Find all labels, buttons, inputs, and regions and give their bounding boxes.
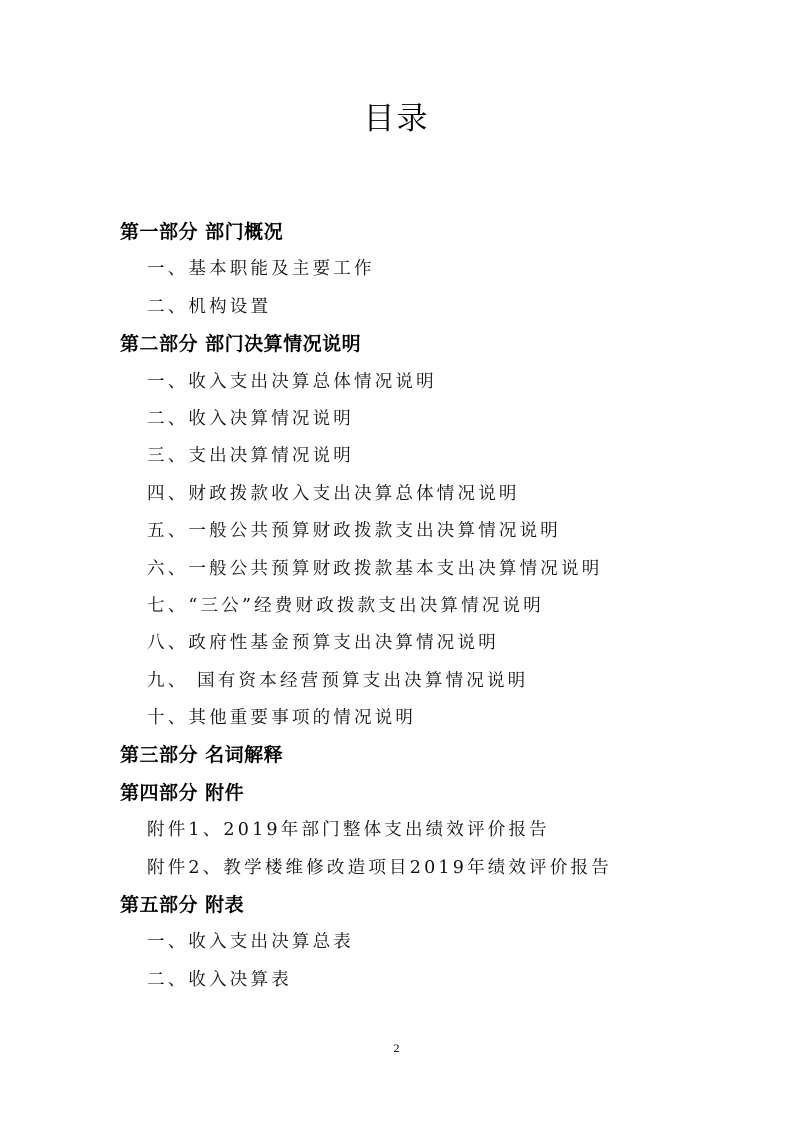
toc-entry: 二、机构设置 (120, 289, 740, 326)
toc-entry: 二、收入决算表 (120, 962, 740, 999)
toc-part-heading: 第一部分 部门概况 (120, 214, 740, 251)
toc-entry: 六、一般公共预算财政拨款基本支出决算情况说明 (120, 551, 740, 588)
toc-part-heading: 第四部分 附件 (120, 775, 740, 812)
toc-entry: 九、 国有资本经营预算支出决算情况说明 (120, 663, 740, 700)
toc-entry: 附件2、教学楼维修改造项目2019年绩效评价报告 (120, 850, 740, 887)
toc-part-heading: 第二部分 部门决算情况说明 (120, 326, 740, 363)
toc-part-heading: 第五部分 附表 (120, 887, 740, 924)
toc-entry: 一、收入支出决算总体情况说明 (120, 364, 740, 401)
toc-entry: 一、收入支出决算总表 (120, 924, 740, 961)
toc-entry: 十、其他重要事项的情况说明 (120, 700, 740, 737)
toc-entry: 七、“三公”经费财政拨款支出决算情况说明 (120, 588, 740, 625)
toc-entry: 四、财政拨款收入支出决算总体情况说明 (120, 476, 740, 513)
toc-entry: 一、基本职能及主要工作 (120, 251, 740, 288)
toc-entry: 八、政府性基金预算支出决算情况说明 (120, 625, 740, 662)
toc-entry: 附件1、2019年部门整体支出绩效评价报告 (120, 812, 740, 849)
toc-entry: 二、收入决算情况说明 (120, 401, 740, 438)
page-number: 2 (0, 1041, 793, 1056)
page-title: 目录 (0, 93, 793, 138)
toc-entry: 五、一般公共预算财政拨款支出决算情况说明 (120, 513, 740, 550)
toc-part-heading: 第三部分 名词解释 (120, 737, 740, 774)
toc-entry: 三、支出决算情况说明 (120, 438, 740, 475)
table-of-contents: 第一部分 部门概况 一、基本职能及主要工作 二、机构设置 第二部分 部门决算情况… (120, 214, 740, 999)
